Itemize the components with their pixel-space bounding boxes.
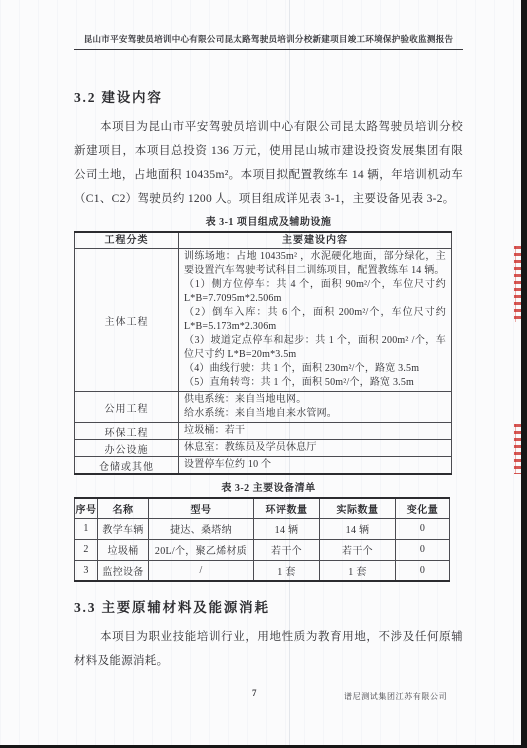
category-cell: 仓储或其他 bbox=[75, 457, 179, 475]
table-3-2-caption: 表 3-2 主要设备清单 bbox=[74, 479, 463, 494]
content-cell: 设置停车位约 10 个 bbox=[179, 457, 452, 475]
cell-serial: 3 bbox=[75, 560, 98, 581]
table-row: 2 垃圾桶 20L/个，聚乙烯材质 若干个 若干个 0 bbox=[75, 539, 450, 560]
category-cell: 环保工程 bbox=[75, 423, 179, 440]
cell-model: 20L/个，聚乙烯材质 bbox=[149, 539, 254, 560]
table-3-1-caption: 表 3-1 项目组成及辅助设施 bbox=[74, 213, 463, 228]
section-3-3-paragraph: 本项目为职业技能培训行业，用地性质为教育用地，不涉及任何原辅材料及能源消耗。 bbox=[74, 625, 463, 673]
column-header-serial-no: 序号 bbox=[75, 498, 98, 518]
cell-model: / bbox=[149, 560, 254, 581]
content-cell: 垃圾桶：若干 bbox=[179, 423, 452, 440]
content-line: （3）坡道定点停车和起步：共 1 个，面积 200m² /个，车位尺寸约 L*B… bbox=[184, 334, 446, 362]
cell-eia-qty: 1 套 bbox=[254, 560, 320, 581]
content-line: 垃圾桶：若干 bbox=[184, 424, 446, 438]
column-header-actual-qty: 实际数量 bbox=[320, 498, 396, 518]
content-cell: 训练场地：占地 10435m² ，水泥硬化地面，部分绿化，主要设置汽车驾驶考试科… bbox=[179, 249, 452, 392]
table-3-1-project-composition: 工程分类 主要建设内容 主体工程 训练场地：占地 10435m² ，水泥硬化地面… bbox=[74, 231, 452, 475]
table-row: 主体工程 训练场地：占地 10435m² ，水泥硬化地面，部分绿化，主要设置汽车… bbox=[75, 249, 452, 392]
category-cell: 主体工程 bbox=[75, 249, 179, 392]
cell-model: 捷达、桑塔纳 bbox=[149, 518, 254, 539]
column-header-eia-qty: 环评数量 bbox=[254, 498, 320, 518]
column-header-name: 名称 bbox=[98, 498, 149, 518]
page-content: 昆山市平安驾驶员培训中心有限公司昆太路驾驶员培训分校新建项目竣工环境保护验收监测… bbox=[74, 33, 463, 673]
cell-name: 垃圾桶 bbox=[98, 539, 149, 560]
content-cell: 供电系统：来自当地电网。 给水系统：来自当地自来水管网。 bbox=[179, 392, 452, 423]
cell-serial: 1 bbox=[75, 518, 98, 539]
content-line: 休息室：教练员及学员休息厅 bbox=[184, 441, 446, 455]
category-cell: 公用工程 bbox=[75, 392, 179, 423]
cell-name: 教学车辆 bbox=[98, 518, 149, 539]
table-row: 仓储或其他 设置停车位约 10 个 bbox=[75, 457, 452, 475]
footer-company-name: 谱尼测试集团江苏有限公司 bbox=[344, 691, 447, 702]
table-header-row: 序号 名称 型号 环评数量 实际数量 变化量 bbox=[75, 498, 450, 518]
table-row: 1 教学车辆 捷达、桑塔纳 14 辆 14 辆 0 bbox=[75, 518, 450, 539]
column-header-main-construction: 主要建设内容 bbox=[179, 232, 452, 249]
content-line: 给水系统：来自当地自来水管网。 bbox=[184, 407, 446, 421]
column-header-model: 型号 bbox=[149, 498, 254, 518]
cell-actual-qty: 1 套 bbox=[320, 560, 396, 581]
cell-eia-qty: 14 辆 bbox=[254, 518, 320, 539]
table-3-2-equipment-list: 序号 名称 型号 环评数量 实际数量 变化量 1 教学车辆 捷达、桑塔纳 14 … bbox=[74, 497, 450, 582]
cell-change: 0 bbox=[396, 539, 450, 560]
cell-actual-qty: 若干个 bbox=[320, 539, 396, 560]
document-header-title: 昆山市平安驾驶员培训中心有限公司昆太路驾驶员培训分校新建项目竣工环境保护验收监测… bbox=[74, 33, 463, 50]
cell-name: 监控设备 bbox=[98, 560, 149, 581]
cell-change: 0 bbox=[396, 518, 450, 539]
content-line: 训练场地：占地 10435m² ，水泥硬化地面，部分绿化，主要设置汽车驾驶考试科… bbox=[184, 250, 446, 278]
page-number: 7 bbox=[252, 688, 257, 698]
category-cell: 办公设施 bbox=[75, 440, 179, 457]
cell-serial: 2 bbox=[75, 539, 98, 560]
section-heading-3-3: 3.3 主要原辅材料及能源消耗 bbox=[74, 596, 463, 616]
table-row: 办公设施 休息室：教练员及学员休息厅 bbox=[75, 440, 452, 457]
content-line: （5）直角转弯：共 1 个，面积 50m²/个，路宽 3.5m bbox=[184, 376, 446, 390]
section-3-2-paragraph: 本项目为昆山市平安驾驶员培训中心有限公司昆太路驾驶员培训分校新建项目，本项目总投… bbox=[74, 115, 463, 211]
cell-actual-qty: 14 辆 bbox=[320, 518, 396, 539]
content-line: 供电系统：来自当地电网。 bbox=[184, 393, 446, 407]
cell-eia-qty: 若干个 bbox=[254, 539, 320, 560]
section-heading-3-2: 3.2 建设内容 bbox=[74, 86, 463, 106]
column-header-change: 变化量 bbox=[396, 498, 450, 518]
content-cell: 休息室：教练员及学员休息厅 bbox=[179, 440, 452, 457]
table-header-row: 工程分类 主要建设内容 bbox=[75, 232, 452, 249]
scan-edge-right bbox=[521, 0, 527, 748]
content-line: （1）侧方位停车：共 4 个，面积 90m²/个，车位尺寸约 L*B=7.709… bbox=[184, 278, 446, 306]
table-row: 公用工程 供电系统：来自当地电网。 给水系统：来自当地自来水管网。 bbox=[75, 392, 452, 423]
scanned-report-page: 昆山市平安驾驶员培训中心有限公司昆太路驾驶员培训分校新建项目竣工环境保护验收监测… bbox=[0, 0, 527, 748]
table-row: 3 监控设备 / 1 套 1 套 0 bbox=[75, 560, 450, 581]
red-stamp-fragment-top bbox=[514, 246, 521, 322]
content-line: （2）倒车入库：共 6 个，面积 200m²/个，车位尺寸约 L*B=5.173… bbox=[184, 306, 446, 334]
column-header-project-category: 工程分类 bbox=[75, 232, 179, 249]
cell-change: 0 bbox=[396, 560, 450, 581]
content-line: 设置停车位约 10 个 bbox=[184, 458, 446, 472]
red-stamp-fragment-bottom bbox=[514, 424, 521, 474]
table-row: 环保工程 垃圾桶：若干 bbox=[75, 423, 452, 440]
content-line: （4）曲线行驶：共 1 个，面积 230m²/个，路宽 3.5m bbox=[184, 362, 446, 376]
